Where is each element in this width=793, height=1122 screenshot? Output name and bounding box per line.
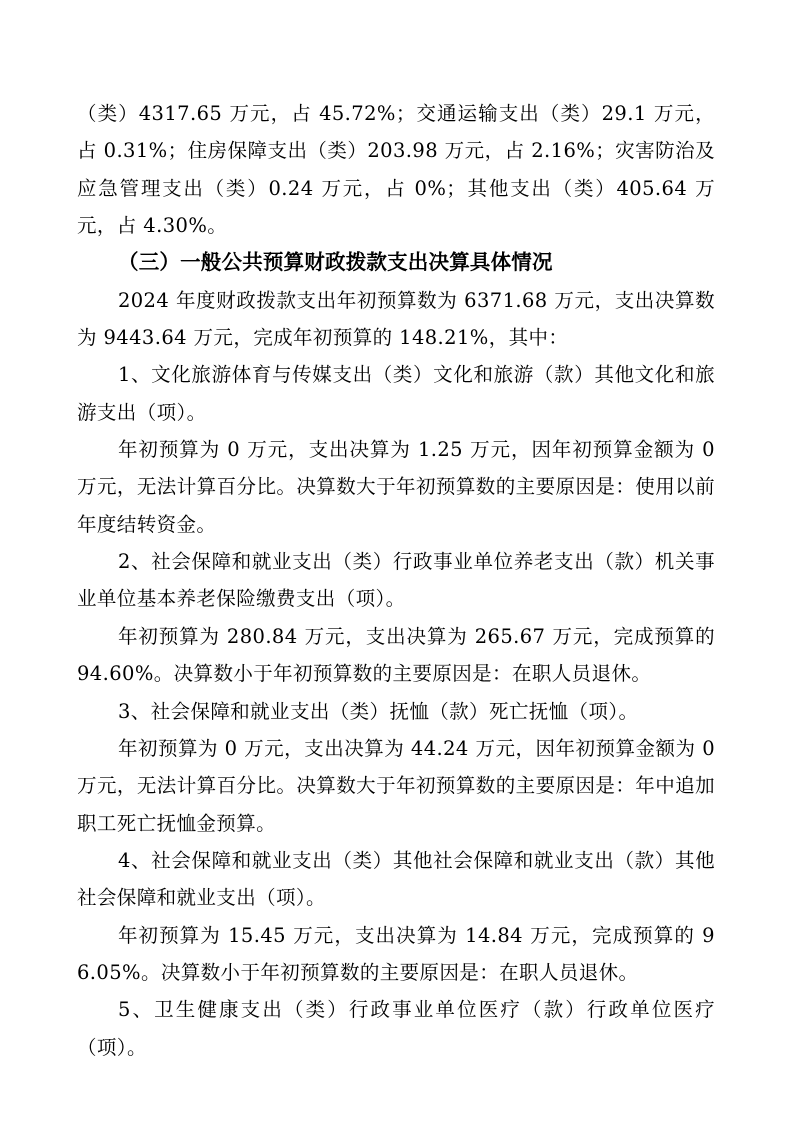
paragraph-budget-overview: 2024 年度财政拨款支出年初预算数为 6371.68 万元，支出决算数为 94…: [77, 282, 715, 357]
item-2-explanation: 年初预算为 280.84 万元，支出决算为 265.67 万元，完成预算的 94…: [77, 618, 715, 693]
item-2-title: 2、社会保障和就业支出（类）行政事业单位养老支出（款）机关事业单位基本养老保险缴…: [77, 543, 715, 618]
item-3-explanation: 年初预算为 0 万元，支出决算为 44.24 万元，因年初预算金额为 0 万元，…: [77, 730, 715, 842]
document-body: （类）4317.65 万元，占 45.72%；交通运输支出（类）29.1 万元，…: [77, 95, 715, 1066]
section-heading-3: （三）一般公共预算财政拨款支出决算具体情况: [77, 244, 715, 281]
item-3-title: 3、社会保障和就业支出（类）抚恤（款）死亡抚恤（项）。: [77, 693, 715, 730]
item-5-title: 5、卫生健康支出（类）行政事业单位医疗（款）行政单位医疗（项）。: [77, 991, 715, 1066]
item-4-explanation: 年初预算为 15.45 万元，支出决算为 14.84 万元，完成预算的 96.0…: [77, 917, 715, 992]
item-1-title: 1、文化旅游体育与传媒支出（类）文化和旅游（款）其他文化和旅游支出（项）。: [77, 356, 715, 431]
item-4-title: 4、社会保障和就业支出（类）其他社会保障和就业支出（款）其他社会保障和就业支出（…: [77, 842, 715, 917]
document-page: （类）4317.65 万元，占 45.72%；交通运输支出（类）29.1 万元，…: [0, 0, 793, 1122]
item-1-explanation: 年初预算为 0 万元，支出决算为 1.25 万元，因年初预算金额为 0 万元，无…: [77, 431, 715, 543]
paragraph-expenditure-breakdown-continuation: （类）4317.65 万元，占 45.72%；交通运输支出（类）29.1 万元，…: [77, 95, 715, 244]
